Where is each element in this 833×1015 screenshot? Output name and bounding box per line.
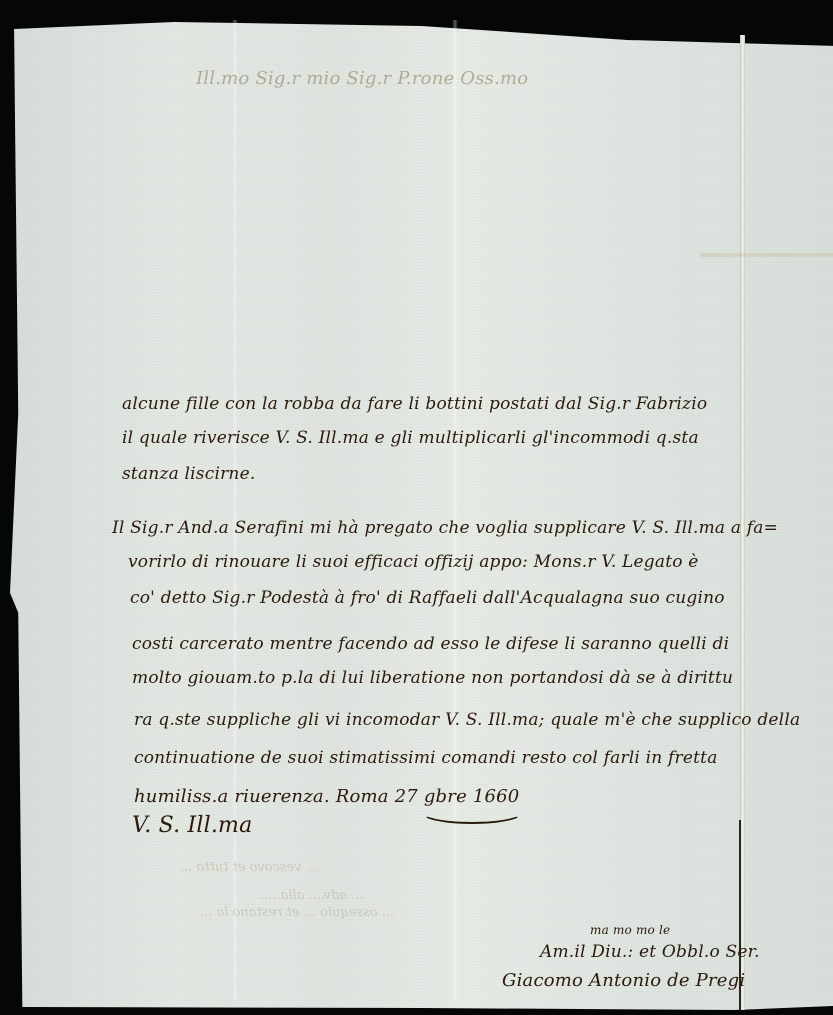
paper-crease [452, 20, 458, 1000]
signature: Giacomo Antonio de Pregi [502, 972, 745, 990]
sign-off: Am.il Diu.: et Obbl.o Ser. [540, 944, 760, 961]
letter-line-5: vorirlo di rinouare li suoi efficaci off… [128, 554, 699, 571]
paper-crease [232, 20, 238, 1000]
bleed-through-text: ... ossequio ... et restano la ... [200, 905, 394, 920]
sign-off-superscripts: ma mo mo le [590, 924, 670, 936]
letter-line-6: co' detto Sig.r Podestà à fro' di Raffae… [130, 590, 725, 607]
letter-line-2: il quale riverisce V. S. Ill.ma e gli mu… [122, 430, 699, 447]
manuscript-page [10, 14, 833, 1012]
bleed-through-text: ... adv.... alla .... [260, 888, 364, 903]
date-flourish [420, 800, 524, 824]
fold-line-horizontal [700, 252, 833, 258]
letter-line-4: Il Sig.r And.a Serafini mi hà pregato ch… [112, 520, 778, 537]
letter-line-1: alcune fille con la robba da fare li bot… [122, 396, 707, 413]
bleed-through-text: ... vescovo et tutto ... [180, 860, 318, 875]
letter-line-10: continuatione de suoi stimatissimi coman… [134, 750, 718, 767]
letter-line-7: costi carcerato mentre facendo ad esso l… [132, 636, 729, 653]
letter-line-9: ra q.ste suppliche gli vi incomodar V. S… [134, 712, 800, 729]
addressee-abbreviation: V. S. Ill.ma [132, 815, 252, 837]
letter-line-8: molto giouam.to p.la di lui liberatione … [132, 670, 733, 687]
faint-salutation: Ill.mo Sig.r mio Sig.r P.rone Oss.mo [196, 70, 528, 88]
letter-line-3: stanza liscirne. [122, 466, 255, 483]
